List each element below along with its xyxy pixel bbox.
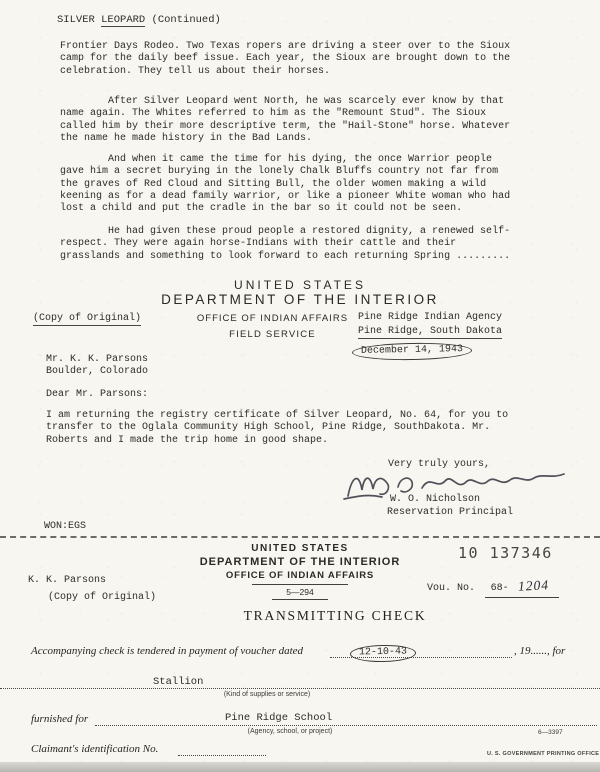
voucher-value-handwritten: 1204 — [518, 577, 550, 595]
reference-initials: WON:EGS — [44, 521, 86, 533]
claimant-label: Claimant's identification No. — [31, 743, 158, 755]
form-number-underline — [272, 598, 328, 600]
title-part: (Continued) — [145, 14, 221, 26]
voucher-date-circled: 12-10-43 — [350, 644, 416, 662]
title-part: SILVER — [57, 14, 101, 26]
perforation-divider — [0, 536, 600, 538]
voucher-fill: 68- 1204 — [485, 577, 560, 598]
document-title: SILVER LEOPARD (Continued) — [57, 14, 221, 26]
letterhead-department: DEPARTMENT OF THE INTERIOR — [0, 292, 600, 307]
memoir-paragraph-4: He had given these proud people a restor… — [60, 226, 522, 263]
line1-tail: , 19......, for — [514, 645, 565, 657]
form-recipient: K. K. Parsons — [28, 575, 106, 587]
kind-caption: (Kind of supplies or service) — [0, 691, 534, 698]
addressee-name: Mr. K. K. Parsons — [46, 354, 148, 366]
check-number-stamp: 10 137346 — [458, 544, 553, 562]
furnished-line — [95, 724, 597, 726]
addressee-city: Boulder, Colorado — [46, 366, 148, 378]
letter-date-circled: December 14, 1943 — [352, 342, 472, 361]
signer-name: W. O. Nicholson — [390, 494, 480, 506]
scan-bottom-edge — [0, 762, 600, 772]
title-part-underlined: LEOPARD — [101, 14, 145, 27]
furnished-caption: (Agency, school, or project) — [0, 728, 580, 735]
scanned-document-page: SILVER LEOPARD (Continued) Frontier Days… — [0, 0, 600, 772]
line1-label: Accompanying check is tendered in paymen… — [31, 645, 303, 657]
voucher-number-row: Vou. No. 68- 1204 — [427, 577, 559, 598]
memoir-paragraph-1: Frontier Days Rodeo. Two Texas ropers ar… — [60, 41, 522, 78]
memoir-paragraph-3: And when it came the time for his dying,… — [60, 154, 522, 215]
agency-location: Pine Ridge, South Dakota — [358, 326, 502, 339]
salutation: Dear Mr. Parsons: — [46, 389, 148, 401]
signer-title: Reservation Principal — [387, 507, 513, 519]
memoir-paragraph-2: After Silver Leopard went North, he was … — [60, 96, 522, 145]
claimant-line — [178, 754, 266, 756]
kind-line — [0, 687, 600, 689]
voucher-prefix: 68- — [491, 583, 509, 594]
print-code: 6—3397 — [538, 729, 563, 736]
printer-note: U. S. GOVERNMENT PRINTING OFFICE — [487, 751, 599, 757]
letterhead-united-states: UNITED STATES — [0, 278, 600, 292]
letter-body: I am returning the registry certificate … — [46, 410, 516, 447]
agency-name: Pine Ridge Indian Agency — [358, 312, 502, 324]
office-underline — [252, 583, 348, 585]
form-title: TRANSMITTING CHECK — [68, 608, 600, 624]
voucher-label: Vou. No. — [427, 583, 475, 594]
form-copy-note: (Copy of Original) — [48, 592, 156, 604]
furnished-value: Pine Ridge School — [225, 712, 332, 724]
furnished-label: furnished for — [31, 713, 88, 725]
